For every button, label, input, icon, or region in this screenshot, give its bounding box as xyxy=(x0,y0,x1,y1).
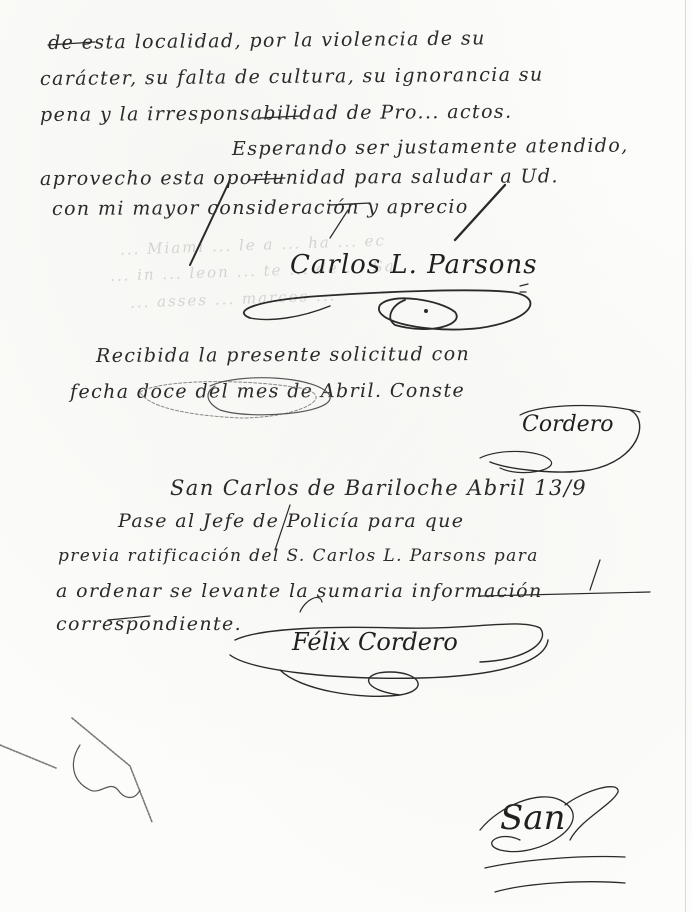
letter-line: carácter, su falta de cultura, su ignora… xyxy=(40,64,544,90)
manuscript-page: ... Miami ... le a ... ha ... ec ... in … xyxy=(0,0,692,912)
letter-line: aprovecho esta oportunidad para saludar … xyxy=(40,165,559,190)
receipt-line: Recibida la presente solicitud con xyxy=(96,343,470,367)
letter-line: con mi mayor consideración y aprecio xyxy=(52,196,469,220)
receipt-signature: Cordero xyxy=(522,412,613,437)
letter-line: pena y la irresponsabilidad de Pro... ac… xyxy=(40,101,513,126)
letter-signature: Carlos L. Parsons xyxy=(290,250,538,280)
decree-place-date: San Carlos de Bariloche Abril 13/9 xyxy=(170,476,587,500)
receipt-line: fecha doce del mes de Abril. Conste xyxy=(70,380,465,403)
decree-signature: Félix Cordero xyxy=(292,628,458,656)
letter-line: Esperando ser justamente atendido, xyxy=(232,135,629,160)
decree-line: a ordenar se levante la sumaria informac… xyxy=(56,580,543,602)
letter-line: de esta localidad, por la violencia de s… xyxy=(48,27,486,54)
decree-line: Pase al Jefe de Policía para que xyxy=(118,510,464,532)
decree-line: previa ratificación del S. Carlos L. Par… xyxy=(58,546,539,566)
decree-line: correspondiente. xyxy=(56,613,242,635)
footer-initials-signature: San xyxy=(500,798,565,838)
bleed-through-text: ... asses ... marcos ... xyxy=(130,286,337,311)
page-edge xyxy=(685,0,686,912)
